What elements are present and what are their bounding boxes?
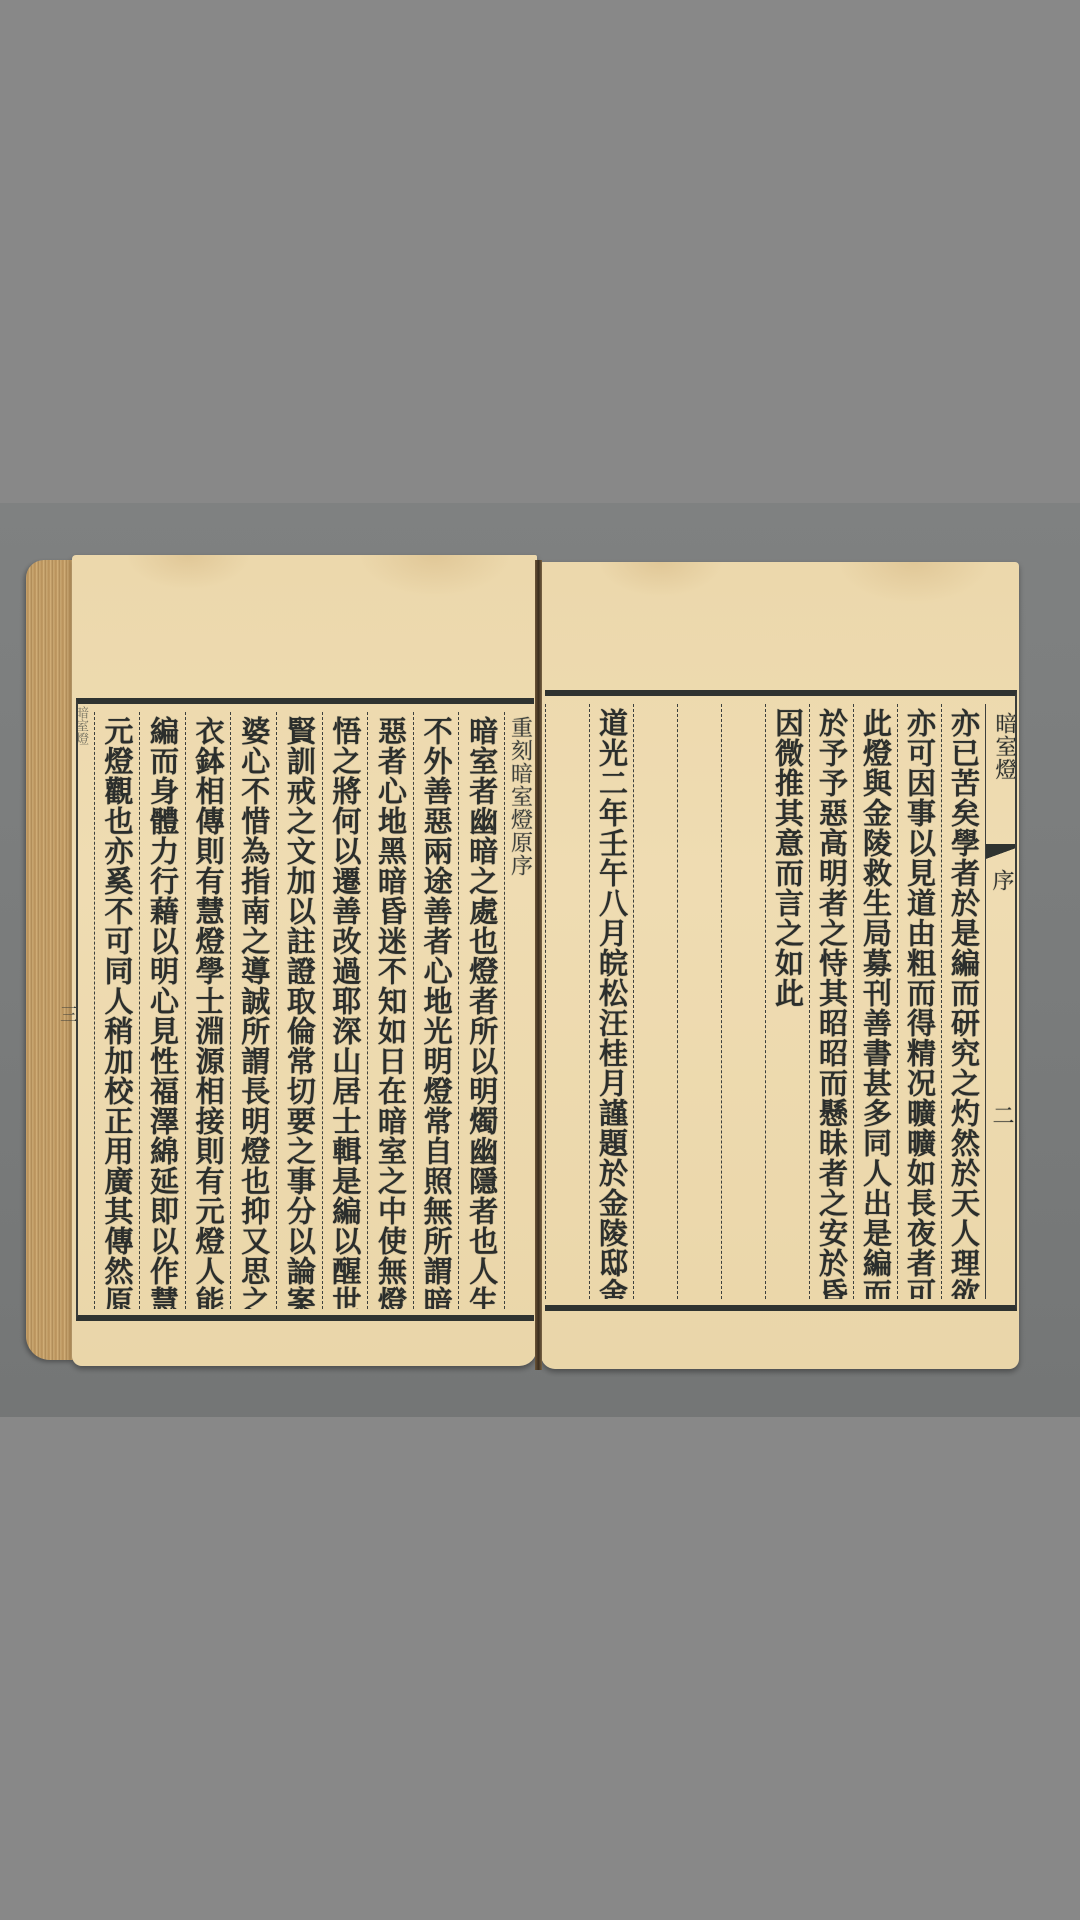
text-column: 編而身體力行藉以明心見性福澤綿延即以作慧燈與 (139, 712, 185, 1309)
book-fore-edge (26, 560, 74, 1360)
margin-page-number: 二 (990, 1104, 1012, 1127)
text-column: 賢訓戒之文加以註證取倫常切要之事分以論案書行 (276, 712, 322, 1309)
text-column: 此燈與金陵救生局募刊善書甚多同人出是編而索序 (853, 704, 897, 1299)
text-column: 於予予惡高明者之恃其昭昭而懸昧者之安於昏昏也 (809, 704, 853, 1299)
text-column: 亦已苦矣學者於是編而研究之灼然於天人理欲之辨 (941, 704, 985, 1299)
text-column: 衣鉢相傳則有慧燈學士淵源相接則有元燈人能得是 (185, 712, 231, 1309)
text-column: 暗室者幽暗之處也燈者所以明燭幽隱者也人生在世 (458, 712, 504, 1309)
text-column: 不外善惡兩途善者心地光明燈常自照無所謂暗室也 (413, 712, 459, 1309)
margin-section-label: 序 (990, 869, 1012, 892)
text-column: 婆心不惜為指南之導誠所謂長明燈也抑又思之釋氏 (230, 712, 276, 1309)
block-center-margin: 暗室燈 序 二 (985, 704, 1015, 1299)
blank-column (721, 704, 765, 1299)
text-column: 亦可因事以見道由粗而得精况曠曠如長夜者可不需 (897, 704, 941, 1299)
colophon-column: 道光二年壬午八月皖松汪桂月謹題於金陵邸舍 (589, 704, 633, 1299)
text-column: 惡者心地黑暗昏迷不知如日在暗室之中使無燈以覺 (367, 712, 413, 1309)
blank-column (677, 704, 721, 1299)
blank-column (633, 704, 677, 1299)
preface-title: 重刻暗室燈原序 (504, 712, 534, 1309)
blank-column (545, 704, 589, 1299)
left-text-frame: 重刻暗室燈原序 暗室者幽暗之處也燈者所以明燭幽隱者也人生在世 不外善惡兩途善者心… (76, 698, 534, 1321)
book-gutter (535, 560, 542, 1370)
margin-book-title: 暗室燈 (993, 712, 1015, 1299)
right-text-frame: 暗室燈 序 二 亦已苦矣學者於是編而研究之灼然於天人理欲之辨 亦可因事以見道由粗… (545, 690, 1017, 1311)
text-column: 悟之將何以遷善改過耶深山居士輯是編以醒世案聖 (322, 712, 368, 1309)
text-column: 元燈觀也亦奚不可同人稍加校正用廣其傳然原本有 (94, 712, 140, 1309)
text-column: 因微推其意而言之如此 (765, 704, 809, 1299)
fish-tail-mark-icon (986, 844, 1015, 860)
